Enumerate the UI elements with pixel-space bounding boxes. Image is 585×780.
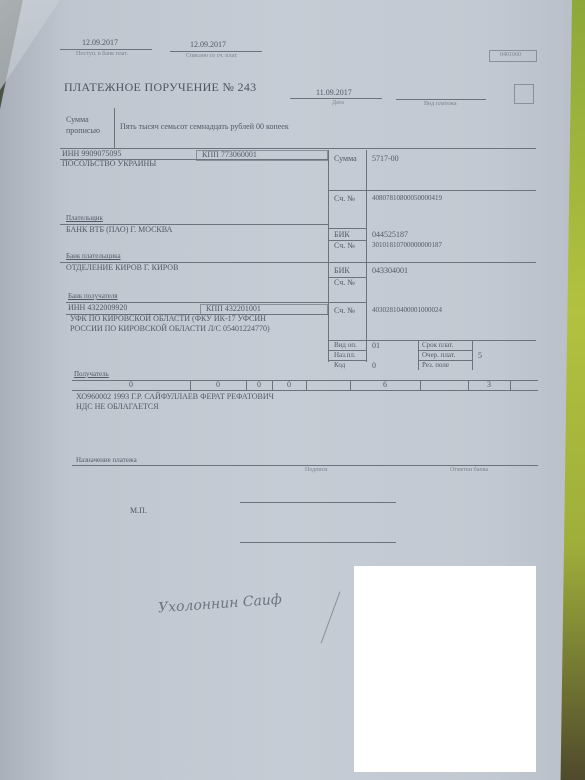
payer-bank-name: БАНК ВТБ (ПАО) Г. МОСКВА xyxy=(66,225,172,234)
payer-inn: ИНН 9909075095 xyxy=(62,149,121,158)
payee-bank-label: Банк получателя xyxy=(68,292,118,300)
payee-name-line2: РОССИИ ПО КИРОВСКОЙ ОБЛАСТИ Л/С 05401224… xyxy=(70,324,270,333)
payee-account-label: Сч. № xyxy=(334,306,355,315)
payer-account-label: Сч. № xyxy=(334,194,355,203)
order-label: Очер. плат. xyxy=(422,351,455,359)
payee-bank-name: ОТДЕЛЕНИЕ КИРОВ Г. КИРОВ xyxy=(66,263,178,272)
op-type-label: Вид оп. xyxy=(334,341,357,349)
document-date: 11.09.2017 xyxy=(316,88,352,97)
payee-bik: 043304001 xyxy=(372,266,408,275)
status-box xyxy=(514,84,534,104)
payer-bik: 044525187 xyxy=(372,230,408,239)
pay-purpose-label: Наз.пл. xyxy=(334,351,356,359)
payee-name-line1: УФК ПО КИРОВСКОЙ ОБЛАСТИ (ФКУ ИК-17 УФСИ… xyxy=(70,314,266,323)
tax-field: 0 xyxy=(272,380,306,389)
payer-kpp: КПП 773060001 xyxy=(202,150,257,159)
due-date-label: Срок плат. xyxy=(422,341,453,349)
payer-bank-account-label: Сч. № xyxy=(334,241,355,250)
tax-field: 0 xyxy=(190,380,246,389)
bank-marks-label: Отметки банка xyxy=(450,467,488,473)
payee-inn: ИНН 4322009920 xyxy=(68,303,127,312)
order-value: 5 xyxy=(478,351,482,360)
payer-label: Плательщик xyxy=(66,214,103,222)
purpose-line2: НДС НЕ ОБЛАГАЕТСЯ xyxy=(76,402,159,411)
amount-value: 5717-00 xyxy=(372,154,399,163)
tax-field: 0 xyxy=(246,380,272,389)
payer-account: 40807810800050000419 xyxy=(372,194,442,202)
signatures-label: Подписи xyxy=(305,467,328,473)
date-label: Дата xyxy=(332,100,344,106)
amount-words: Пять тысяч семьсот семнадцать рублей 00 … xyxy=(120,122,289,131)
payee-account: 40302810400001000024 xyxy=(372,306,442,314)
payer-bank-account: 30101810700000000187 xyxy=(372,241,442,249)
payment-type-label: Вид платежа xyxy=(424,101,457,107)
tax-field: 0 xyxy=(72,380,190,389)
debited-date: 12.09.2017 xyxy=(190,40,226,49)
payer-bank-label: Банк плательщика xyxy=(66,252,121,260)
code-label: Код xyxy=(334,361,345,369)
code-value: 0 xyxy=(372,361,376,370)
purpose-label: Назначение платежа xyxy=(76,456,137,464)
amount-label: Сумма xyxy=(334,154,357,163)
purpose-line1: ХО960002 1993 Г.Р. САЙФУЛЛАЕВ ФЕРАТ РЕФА… xyxy=(76,392,274,401)
redacted-area xyxy=(354,566,536,772)
debited-label: Списано со сч. плат. xyxy=(186,53,238,59)
stamp-label: М.П. xyxy=(130,506,147,515)
tax-field: 3 xyxy=(468,380,510,389)
document-title: ПЛАТЕЖНОЕ ПОРУЧЕНИЕ № 243 xyxy=(64,80,256,95)
op-type: 01 xyxy=(372,341,380,350)
payee-label: Получатель xyxy=(74,370,109,378)
payer-name: ПОСОЛЬСТВО УКРАИНЫ xyxy=(62,159,156,168)
payee-kpp: КПП 432201001 xyxy=(206,304,261,313)
payer-bik-label: БИК xyxy=(334,230,350,239)
form-code-box: 0401060 xyxy=(489,50,537,62)
received-date: 12.09.2017 xyxy=(82,38,118,47)
form-code: 0401060 xyxy=(500,52,521,58)
received-label: Поступ. в банк плат. xyxy=(76,51,128,57)
tax-field: 6 xyxy=(350,380,420,389)
payee-bik-label: БИК xyxy=(334,266,350,275)
payee-bank-account-label: Сч. № xyxy=(334,278,355,287)
res-field-label: Рез. поле xyxy=(422,361,449,369)
amount-words-label: Сумма прописью xyxy=(66,114,110,136)
